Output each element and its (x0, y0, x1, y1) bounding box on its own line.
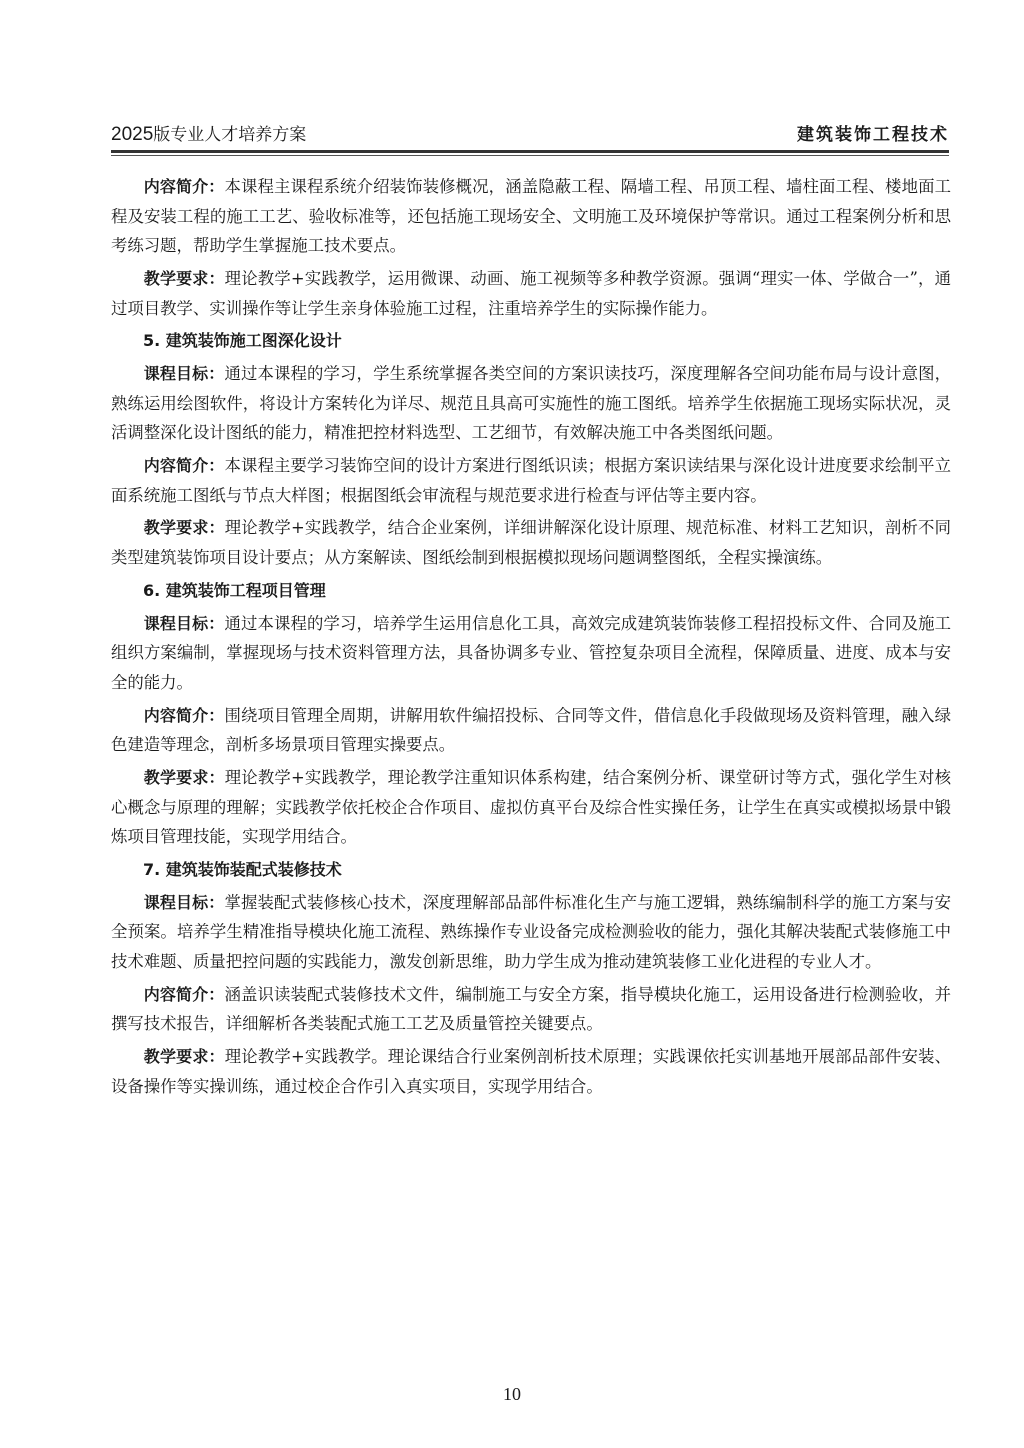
paragraph-label: 教学要求： (144, 269, 225, 288)
header-rule-thin (111, 155, 949, 156)
paragraph-text: 理论教学+实践教学，理论教学注重知识体系构建，结合案例分析、课堂研讨等方式，强化… (111, 768, 951, 846)
paragraph-content-intro: 内容简介：本课程主课程系统介绍装饰装修概况，涵盖隐蔽工程、隔墙工程、吊顶工程、墙… (111, 172, 951, 261)
paragraph-text: 通过本课程的学习，培养学生运用信息化工具，高效完成建筑装饰装修工程招投标文件、合… (111, 614, 951, 692)
paragraph-content-intro: 内容简介：涵盖识读装配式装修技术文件，编制施工与安全方案，指导模块化施工，运用设… (111, 980, 951, 1039)
header-program-title: 2025版专业人才培养方案 (111, 124, 306, 146)
paragraph-label: 课程目标： (144, 364, 225, 383)
page-header: 2025版专业人才培养方案 建筑装饰工程技术 (111, 124, 949, 148)
paragraph-course-objective: 课程目标：通过本课程的学习，学生系统掌握各类空间的方案识读技巧，深度理解各空间功… (111, 359, 951, 448)
paragraph-text: 围绕项目管理全周期，讲解用软件编招投标、合同等文件，借信息化手段做现场及资料管理… (111, 706, 951, 755)
paragraph-text: 掌握装配式装修核心技术，深度理解部品部件标准化生产与施工逻辑，熟练编制科学的施工… (111, 893, 951, 971)
header-rule-thick (111, 150, 949, 153)
paragraph-course-objective: 课程目标：掌握装配式装修核心技术，深度理解部品部件标准化生产与施工逻辑，熟练编制… (111, 888, 951, 977)
paragraph-text: 本课程主要学习装饰空间的设计方案进行图纸识读；根据方案识读结果与深化设计进度要求… (111, 456, 951, 505)
document-body: 内容简介：本课程主课程系统介绍装饰装修概况，涵盖隐蔽工程、隔墙工程、吊顶工程、墙… (111, 172, 951, 1104)
section-heading-6: 6. 建筑装饰工程项目管理 (111, 576, 951, 606)
paragraph-label: 教学要求： (144, 518, 225, 537)
paragraph-teaching-requirements: 教学要求：理论教学+实践教学。理论课结合行业案例剖析技术原理；实践课依托实训基地… (111, 1042, 951, 1101)
header-left-title: 版专业人才培养方案 (153, 125, 306, 145)
paragraph-content-intro: 内容简介：围绕项目管理全周期，讲解用软件编招投标、合同等文件，借信息化手段做现场… (111, 701, 951, 760)
paragraph-text: 理论教学+实践教学。理论课结合行业案例剖析技术原理；实践课依托实训基地开展部品部… (111, 1047, 951, 1096)
paragraph-label: 内容简介： (144, 706, 225, 725)
paragraph-course-objective: 课程目标：通过本课程的学习，培养学生运用信息化工具，高效完成建筑装饰装修工程招投… (111, 609, 951, 698)
paragraph-label: 内容简介： (144, 456, 225, 475)
header-major-title: 建筑装饰工程技术 (797, 124, 949, 146)
header-year: 2025 (111, 124, 153, 145)
paragraph-label: 内容简介： (144, 985, 225, 1004)
paragraph-label: 课程目标： (144, 614, 225, 633)
paragraph-label: 教学要求： (144, 1047, 225, 1066)
paragraph-teaching-requirements: 教学要求：理论教学+实践教学，结合企业案例，详细讲解深化设计原理、规范标准、材料… (111, 513, 951, 572)
page-number: 10 (0, 1384, 1024, 1405)
paragraph-teaching-requirements: 教学要求：理论教学+实践教学，理论教学注重知识体系构建，结合案例分析、课堂研讨等… (111, 763, 951, 852)
section-heading-5: 5. 建筑装饰施工图深化设计 (111, 326, 951, 356)
paragraph-label: 内容简介： (144, 177, 225, 196)
paragraph-teaching-requirements: 教学要求：理论教学+实践教学，运用微课、动画、施工视频等多种教学资源。强调“理实… (111, 264, 951, 323)
section-heading-7: 7. 建筑装饰装配式装修技术 (111, 855, 951, 885)
paragraph-text: 理论教学+实践教学，结合企业案例，详细讲解深化设计原理、规范标准、材料工艺知识，… (111, 518, 951, 567)
paragraph-text: 涵盖识读装配式装修技术文件，编制施工与安全方案，指导模块化施工，运用设备进行检测… (111, 985, 951, 1034)
paragraph-text: 理论教学+实践教学，运用微课、动画、施工视频等多种教学资源。强调“理实一体、学做… (111, 269, 951, 318)
paragraph-content-intro: 内容简介：本课程主要学习装饰空间的设计方案进行图纸识读；根据方案识读结果与深化设… (111, 451, 951, 510)
paragraph-label: 教学要求： (144, 768, 225, 787)
paragraph-label: 课程目标： (144, 893, 225, 912)
paragraph-text: 通过本课程的学习，学生系统掌握各类空间的方案识读技巧，深度理解各空间功能布局与设… (111, 364, 951, 442)
paragraph-text: 本课程主课程系统介绍装饰装修概况，涵盖隐蔽工程、隔墙工程、吊顶工程、墙柱面工程、… (111, 177, 951, 255)
